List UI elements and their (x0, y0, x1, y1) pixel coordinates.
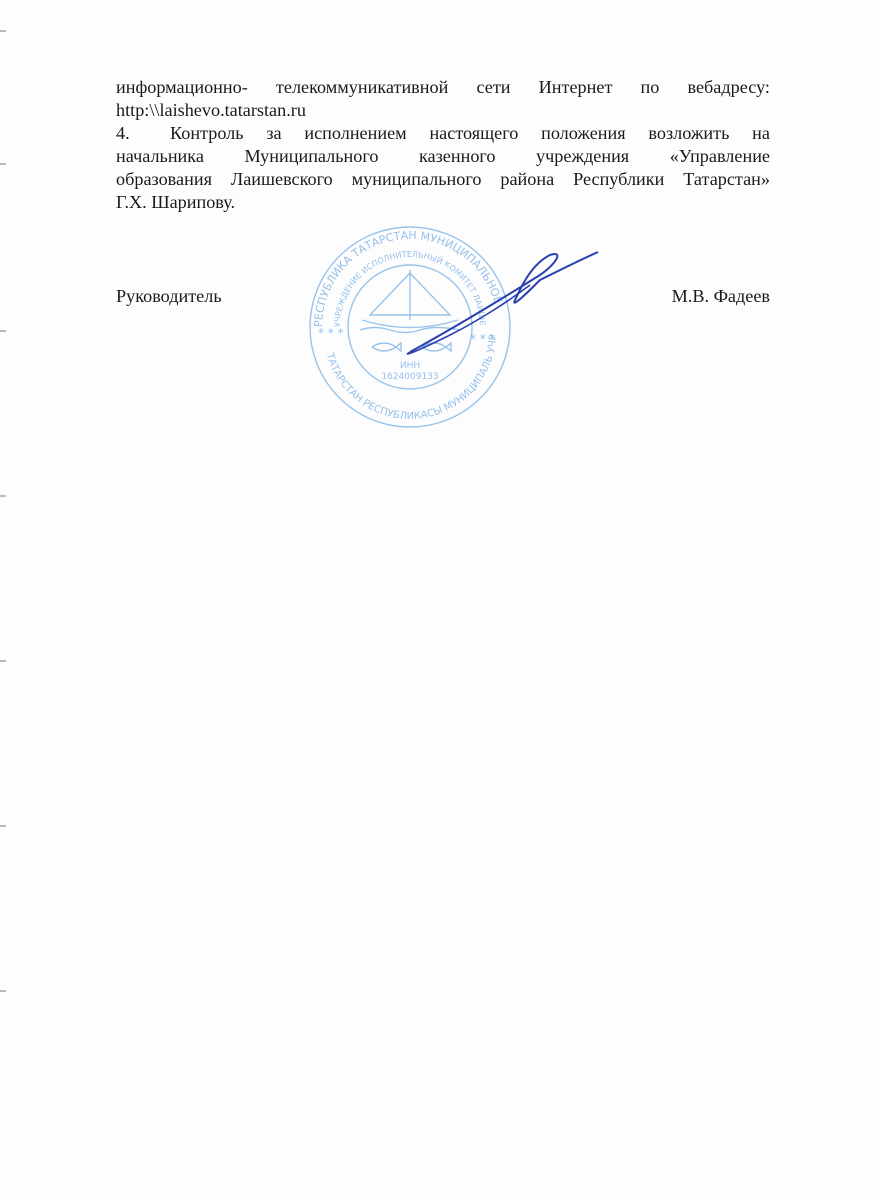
text-line: Г.Х. Шарипову. (116, 191, 770, 214)
svg-text:* * *: * * * (318, 326, 344, 340)
website-url: http:\\laishevo.tatarstan.ru (116, 99, 770, 122)
scan-edge-mark (0, 825, 6, 827)
svg-text:ИНН: ИНН (400, 361, 420, 371)
item-4-text: Контроль за исполнением настоящего полож… (170, 123, 770, 143)
document-body: информационно- телекоммуникативной сети … (116, 76, 770, 214)
document-page: информационно- телекоммуникативной сети … (0, 0, 873, 1200)
signature-row: Руководитель М.В. Фадеев (116, 285, 770, 308)
item-4-first-line: 4.Контроль за исполнением настоящего пол… (116, 122, 770, 145)
signatory-title: Руководитель (116, 285, 222, 308)
scan-edge-mark (0, 30, 6, 32)
scan-edge-mark (0, 330, 6, 332)
scan-edge-mark (0, 163, 6, 165)
text-line: образования Лаишевского муниципального р… (116, 168, 770, 191)
svg-text:1624009133: 1624009133 (381, 372, 438, 382)
scan-edge-mark (0, 495, 6, 497)
item-number: 4. (116, 122, 170, 145)
scan-edge-mark (0, 660, 6, 662)
signatory-name: М.В. Фадеев (672, 285, 770, 308)
scan-edge-mark (0, 990, 6, 992)
text-line: информационно- телекоммуникативной сети … (116, 76, 770, 99)
text-line: начальника Муниципального казенного учре… (116, 145, 770, 168)
